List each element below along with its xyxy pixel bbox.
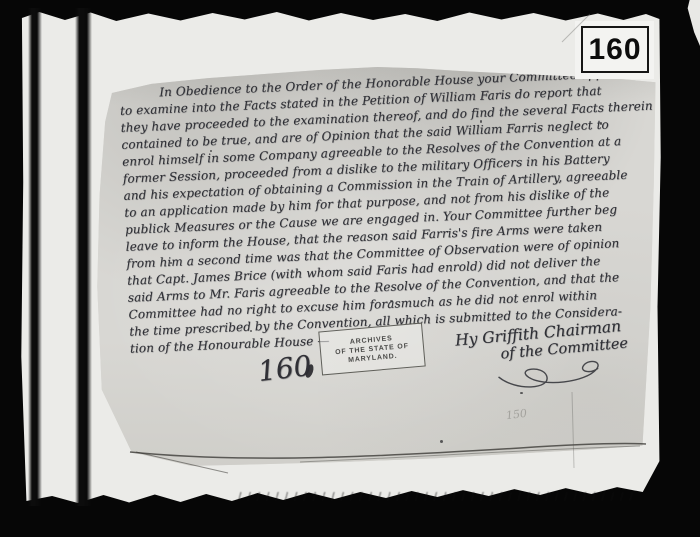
paper-speck: [600, 122, 602, 125]
frame-number: 160: [581, 26, 649, 73]
signature-block: Hy Griffith Chairman of the Committee: [454, 317, 631, 399]
paper-speck: [390, 300, 393, 302]
paper-speck: [560, 210, 562, 212]
film-strip-right: [75, 8, 92, 506]
paper-speck: [520, 392, 523, 394]
film-strip-left: [28, 8, 42, 506]
faint-pencil-number: 150: [505, 407, 527, 422]
paper-speck: [440, 440, 443, 443]
paper-speck: [250, 330, 252, 332]
film-edge-sliver: [687, 0, 700, 46]
manuscript-text: In Obedience to the Order of the Honorab…: [119, 64, 664, 358]
microfilm-scan-page: { "frame": { "number": "160" }, "doc": {…: [0, 0, 700, 537]
frame-number-box: 160: [575, 21, 654, 79]
handwritten-page-number: 160: [256, 349, 313, 388]
paper-speck: [480, 120, 482, 123]
manuscript-paper: In Obedience to the Order of the Honorab…: [95, 60, 660, 472]
ghost-writing-marks: [235, 492, 635, 501]
paper-speck: [170, 262, 172, 264]
paper-speck: [210, 150, 212, 152]
archives-stamp: ARCHIVES OF THE STATE OF MARYLAND.: [318, 323, 425, 376]
